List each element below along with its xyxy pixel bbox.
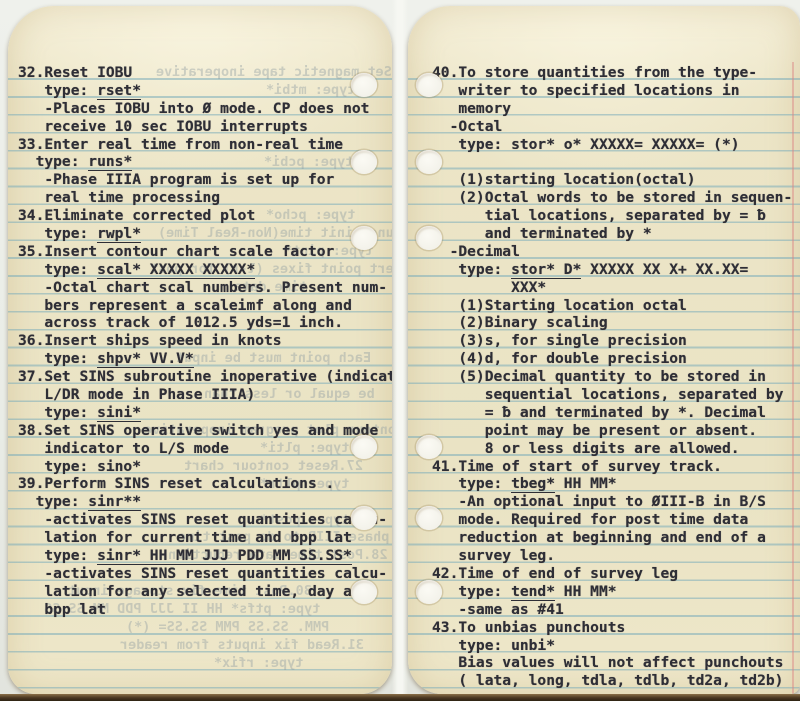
text-segment: 42.Time of end of survey leg bbox=[432, 565, 678, 582]
text-line: receive 10 sec IOBU interrupts bbox=[18, 118, 392, 136]
text-line: bers represent a scaleimf along and bbox=[18, 297, 392, 315]
text-line: and terminated by * bbox=[432, 225, 800, 243]
punch-hole bbox=[351, 580, 377, 604]
text-segment: tial locations, separated by = ƀ bbox=[432, 207, 766, 224]
text-line: 34.Eliminate corrected plot bbox=[18, 207, 392, 225]
text-line: (1)Starting location octal bbox=[432, 297, 800, 315]
text-line: type: sino* bbox=[18, 458, 392, 476]
typewritten-text-column: 40.To store quantities from the type- wr… bbox=[432, 64, 800, 690]
command-underlined: runs* bbox=[88, 153, 132, 171]
command-underlined: shpv* VV.V* bbox=[97, 350, 194, 368]
text-line: lation for any selected time, day and bbox=[18, 583, 392, 601]
text-segment: XXXXX= XXXXX= (*) bbox=[581, 136, 739, 153]
text-segment: type: bbox=[432, 136, 511, 153]
text-line: 33.Enter real time from non-real time bbox=[18, 136, 392, 154]
punch-hole bbox=[351, 506, 377, 530]
punch-hole bbox=[351, 150, 377, 174]
text-line: (2)Binary scaling bbox=[432, 314, 800, 332]
text-line: (1)starting location(octal) bbox=[432, 171, 800, 189]
text-segment: (3)s, for single precision bbox=[432, 332, 687, 349]
command-underlined: tend* bbox=[511, 583, 555, 601]
text-segment: XXX* bbox=[432, 279, 546, 296]
text-line: type: runs* bbox=[18, 153, 392, 171]
text-segment: -same as #41 bbox=[432, 601, 564, 618]
text-segment: type: bbox=[18, 458, 97, 475]
text-segment: ( lata, long, tdla, tdlb, td2a, td2b) bbox=[432, 672, 783, 689]
text-segment: -Octal chart scal numbers. Present num- bbox=[18, 279, 387, 296]
text-segment: Bias values will not affect punchouts bbox=[432, 654, 783, 671]
text-segment: 41.Time of start of survey track. bbox=[432, 458, 722, 475]
punch-hole bbox=[416, 73, 442, 97]
text-line: indicator to L/S mode bbox=[18, 440, 392, 458]
text-segment: reduction at beginning and end of a bbox=[432, 529, 766, 546]
text-line: -same as #41 bbox=[432, 601, 800, 619]
punch-hole bbox=[351, 73, 377, 97]
text-line: -Octal bbox=[432, 118, 800, 136]
text-segment: -Places IOBU into Ø mode. CP does not bbox=[18, 100, 369, 117]
text-segment: 34.Eliminate corrected plot bbox=[18, 207, 255, 224]
punch-hole bbox=[416, 150, 442, 174]
text-line: real time processing bbox=[18, 189, 392, 207]
text-line: (4)d, for double precision bbox=[432, 350, 800, 368]
text-line: memory bbox=[432, 100, 800, 118]
text-segment: type: bbox=[432, 261, 511, 278]
text-line: 36.Insert ships speed in knots bbox=[18, 332, 392, 350]
text-line: 43.To unbias punchouts bbox=[432, 619, 800, 637]
text-segment: -Decimal bbox=[432, 243, 520, 260]
text-line: type: tend* HH MM* bbox=[432, 583, 800, 601]
text-segment: -Octal bbox=[432, 118, 502, 135]
text-line: Bias values will not affect punchouts bbox=[432, 654, 800, 672]
text-line: bpp lat bbox=[18, 601, 392, 619]
text-line: 8 or less digits are allowed. bbox=[432, 440, 800, 458]
text-line: mode. Required for post time data bbox=[432, 511, 800, 529]
text-segment: 37.Set SINS subroutine inoperative (indi… bbox=[18, 368, 392, 385]
text-segment: -An optional input to ØIII-B in B/S bbox=[432, 493, 766, 510]
text-line: -activates SINS reset quantities calcu- bbox=[18, 511, 392, 529]
text-line: sequential locations, separated by bbox=[432, 386, 800, 404]
text-segment: receive 10 sec IOBU interrupts bbox=[18, 118, 308, 135]
text-segment: type: bbox=[18, 493, 88, 510]
punch-hole bbox=[351, 435, 377, 459]
text-segment: 32.Reset IOBU bbox=[18, 64, 132, 81]
punch-hole bbox=[416, 506, 442, 530]
text-segment: type: bbox=[432, 637, 511, 654]
text-line: -Phase IIIA program is set up for bbox=[18, 171, 392, 189]
text-segment: type: bbox=[432, 475, 511, 492]
text-segment: (5)Decimal quantity to be stored in bbox=[432, 368, 766, 385]
text-line: 32.Reset IOBU bbox=[18, 64, 392, 82]
text-segment: bers represent a scaleimf along and bbox=[18, 297, 352, 314]
command-underlined: sini* bbox=[97, 404, 141, 422]
text-segment: memory bbox=[432, 100, 511, 117]
punch-hole bbox=[416, 435, 442, 459]
text-segment: type: bbox=[18, 261, 97, 278]
text-line: (3)s, for single precision bbox=[432, 332, 800, 350]
text-segment: 33.Enter real time from non-real time bbox=[18, 136, 343, 153]
text-line: type: stor* D* XXXXX XX X+ XX.XX= bbox=[432, 261, 800, 279]
text-line: 41.Time of start of survey track. bbox=[432, 458, 800, 476]
text-segment: type: bbox=[18, 547, 97, 564]
text-line: -activates SINS reset quantities calcu- bbox=[18, 565, 392, 583]
text-segment: type: bbox=[18, 153, 88, 170]
punch-hole bbox=[416, 226, 442, 250]
text-segment: 39.Perform SINS reset calculations . bbox=[18, 475, 334, 492]
text-line: point may be present or absent. bbox=[432, 422, 800, 440]
text-line: across track of 1012.5 yds=1 inch. bbox=[18, 314, 392, 332]
text-segment: bpp lat bbox=[18, 601, 106, 618]
text-line: type: sinr* HH MM JJJ PDD MM SS.SS* bbox=[18, 547, 392, 565]
text-segment: (2)Octal words to be stored in sequen- bbox=[432, 189, 792, 206]
command-underlined: tbeg* bbox=[511, 475, 555, 493]
text-line: (5)Decimal quantity to be stored in bbox=[432, 368, 800, 386]
text-line: type: tbeg* HH MM* bbox=[432, 475, 800, 493]
notebook-page-left: 19.Set magnetic tape inoperativetype: mt… bbox=[8, 6, 392, 694]
text-segment: (1)starting location(octal) bbox=[432, 171, 696, 188]
text-line: ( lata, long, tdla, tdlb, td2a, td2b) bbox=[432, 672, 800, 690]
scanned-notebook-spread: { "colors": { "paper": "#ece5c7", "rule_… bbox=[0, 0, 800, 701]
text-line: -An optional input to ØIII-B in B/S bbox=[432, 493, 800, 511]
text-line: type: sinr** bbox=[18, 493, 392, 511]
text-segment: indicator to L/S mode bbox=[18, 440, 229, 457]
text-segment: L/DR mode in Phase IIIA) bbox=[18, 386, 255, 403]
text-segment: (1)Starting location octal bbox=[432, 297, 687, 314]
text-segment: survey leg. bbox=[432, 547, 555, 564]
command-underlined: unbi* bbox=[511, 637, 555, 655]
text-line: = ƀ and terminated by *. Decimal bbox=[432, 404, 800, 422]
text-line: -Decimal bbox=[432, 243, 800, 261]
text-segment: across track of 1012.5 yds=1 inch. bbox=[18, 314, 343, 331]
notebook-page-right: 40.To store quantities from the type- wr… bbox=[408, 6, 800, 694]
text-segment: -activates SINS reset quantities calcu- bbox=[18, 511, 387, 528]
text-line: 37.Set SINS subroutine inoperative (indi… bbox=[18, 368, 392, 386]
text-segment: 43.To unbias punchouts bbox=[432, 619, 625, 636]
text-segment: writer to specified locations in bbox=[432, 82, 740, 99]
text-line: type: rset* bbox=[18, 82, 392, 100]
text-segment: 35.Insert contour chart scale factor bbox=[18, 243, 334, 260]
text-line: L/DR mode in Phase IIIA) bbox=[18, 386, 392, 404]
text-segment: sequential locations, separated by bbox=[432, 386, 783, 403]
text-line: 35.Insert contour chart scale factor bbox=[18, 243, 392, 261]
text-line: tial locations, separated by = ƀ bbox=[432, 207, 800, 225]
command-underlined: stor* o* bbox=[511, 136, 581, 154]
text-segment: 36.Insert ships speed in knots bbox=[18, 332, 282, 349]
command-underlined: sinr** bbox=[88, 493, 141, 511]
text-line: XXX* bbox=[432, 279, 800, 297]
command-underlined: scal* XXXXX XXXXX* bbox=[97, 261, 255, 279]
scan-edge-shadow bbox=[0, 694, 800, 701]
text-line bbox=[432, 153, 800, 171]
text-line: type: rwpl* bbox=[18, 225, 392, 243]
text-segment: XXXXX XX X+ XX.XX= bbox=[581, 261, 748, 278]
command-underlined: sino* bbox=[97, 458, 141, 476]
punch-hole bbox=[351, 226, 377, 250]
text-line: writer to specified locations in bbox=[432, 82, 800, 100]
text-segment: real time processing bbox=[18, 189, 220, 206]
command-underlined: rwpl* bbox=[97, 225, 141, 243]
text-segment: 38.Set SINS operative switch yes and mod… bbox=[18, 422, 378, 439]
text-line: type: shpv* VV.V* bbox=[18, 350, 392, 368]
text-line: type: scal* XXXXX XXXXX* bbox=[18, 261, 392, 279]
command-underlined: rset* bbox=[97, 82, 141, 100]
text-segment: lation for any selected time, day and bbox=[18, 583, 369, 600]
text-line: lation for current time and bpp lat bbox=[18, 529, 392, 547]
text-line: type: sini* bbox=[18, 404, 392, 422]
text-segment: -activates SINS reset quantities calcu- bbox=[18, 565, 387, 582]
text-segment: lation for current time and bpp lat bbox=[18, 529, 352, 546]
text-segment: -Phase IIIA program is set up for bbox=[18, 171, 334, 188]
typewritten-text-column: 32.Reset IOBU type: rset* -Places IOBU i… bbox=[18, 64, 392, 619]
text-line: 42.Time of end of survey leg bbox=[432, 565, 800, 583]
text-line: reduction at beginning and end of a bbox=[432, 529, 800, 547]
command-underlined: sinr* HH MM JJJ PDD MM SS.SS* bbox=[97, 547, 352, 565]
text-line: 40.To store quantities from the type- bbox=[432, 64, 800, 82]
text-segment: type: bbox=[18, 404, 97, 421]
punch-hole bbox=[416, 580, 442, 604]
text-line: type: stor* o* XXXXX= XXXXX= (*) bbox=[432, 136, 800, 154]
text-segment: (2)Binary scaling bbox=[432, 314, 608, 331]
text-segment: HH MM* bbox=[555, 583, 617, 600]
text-segment: and terminated by * bbox=[432, 225, 652, 242]
text-segment: type: bbox=[18, 82, 97, 99]
text-segment: type: bbox=[18, 225, 97, 242]
text-line: (2)Octal words to be stored in sequen- bbox=[432, 189, 800, 207]
text-segment: 40.To store quantities from the type- bbox=[432, 64, 757, 81]
text-line: -Places IOBU into Ø mode. CP does not bbox=[18, 100, 392, 118]
text-segment: type: bbox=[18, 350, 97, 367]
command-underlined: stor* D* bbox=[511, 261, 581, 279]
text-line: 38.Set SINS operative switch yes and mod… bbox=[18, 422, 392, 440]
text-segment: HH MM* bbox=[555, 475, 617, 492]
page-gap bbox=[392, 0, 408, 694]
text-segment: (4)d, for double precision bbox=[432, 350, 687, 367]
text-segment: mode. Required for post time data bbox=[432, 511, 748, 528]
text-line: survey leg. bbox=[432, 547, 800, 565]
text-line: 39.Perform SINS reset calculations . bbox=[18, 475, 392, 493]
text-segment: 8 or less digits are allowed. bbox=[432, 440, 740, 457]
text-line: type: unbi* bbox=[432, 637, 800, 655]
text-segment: type: bbox=[432, 583, 511, 600]
text-segment: = ƀ and terminated by *. Decimal bbox=[432, 404, 766, 421]
text-line: -Octal chart scal numbers. Present num- bbox=[18, 279, 392, 297]
text-segment: point may be present or absent. bbox=[432, 422, 757, 439]
